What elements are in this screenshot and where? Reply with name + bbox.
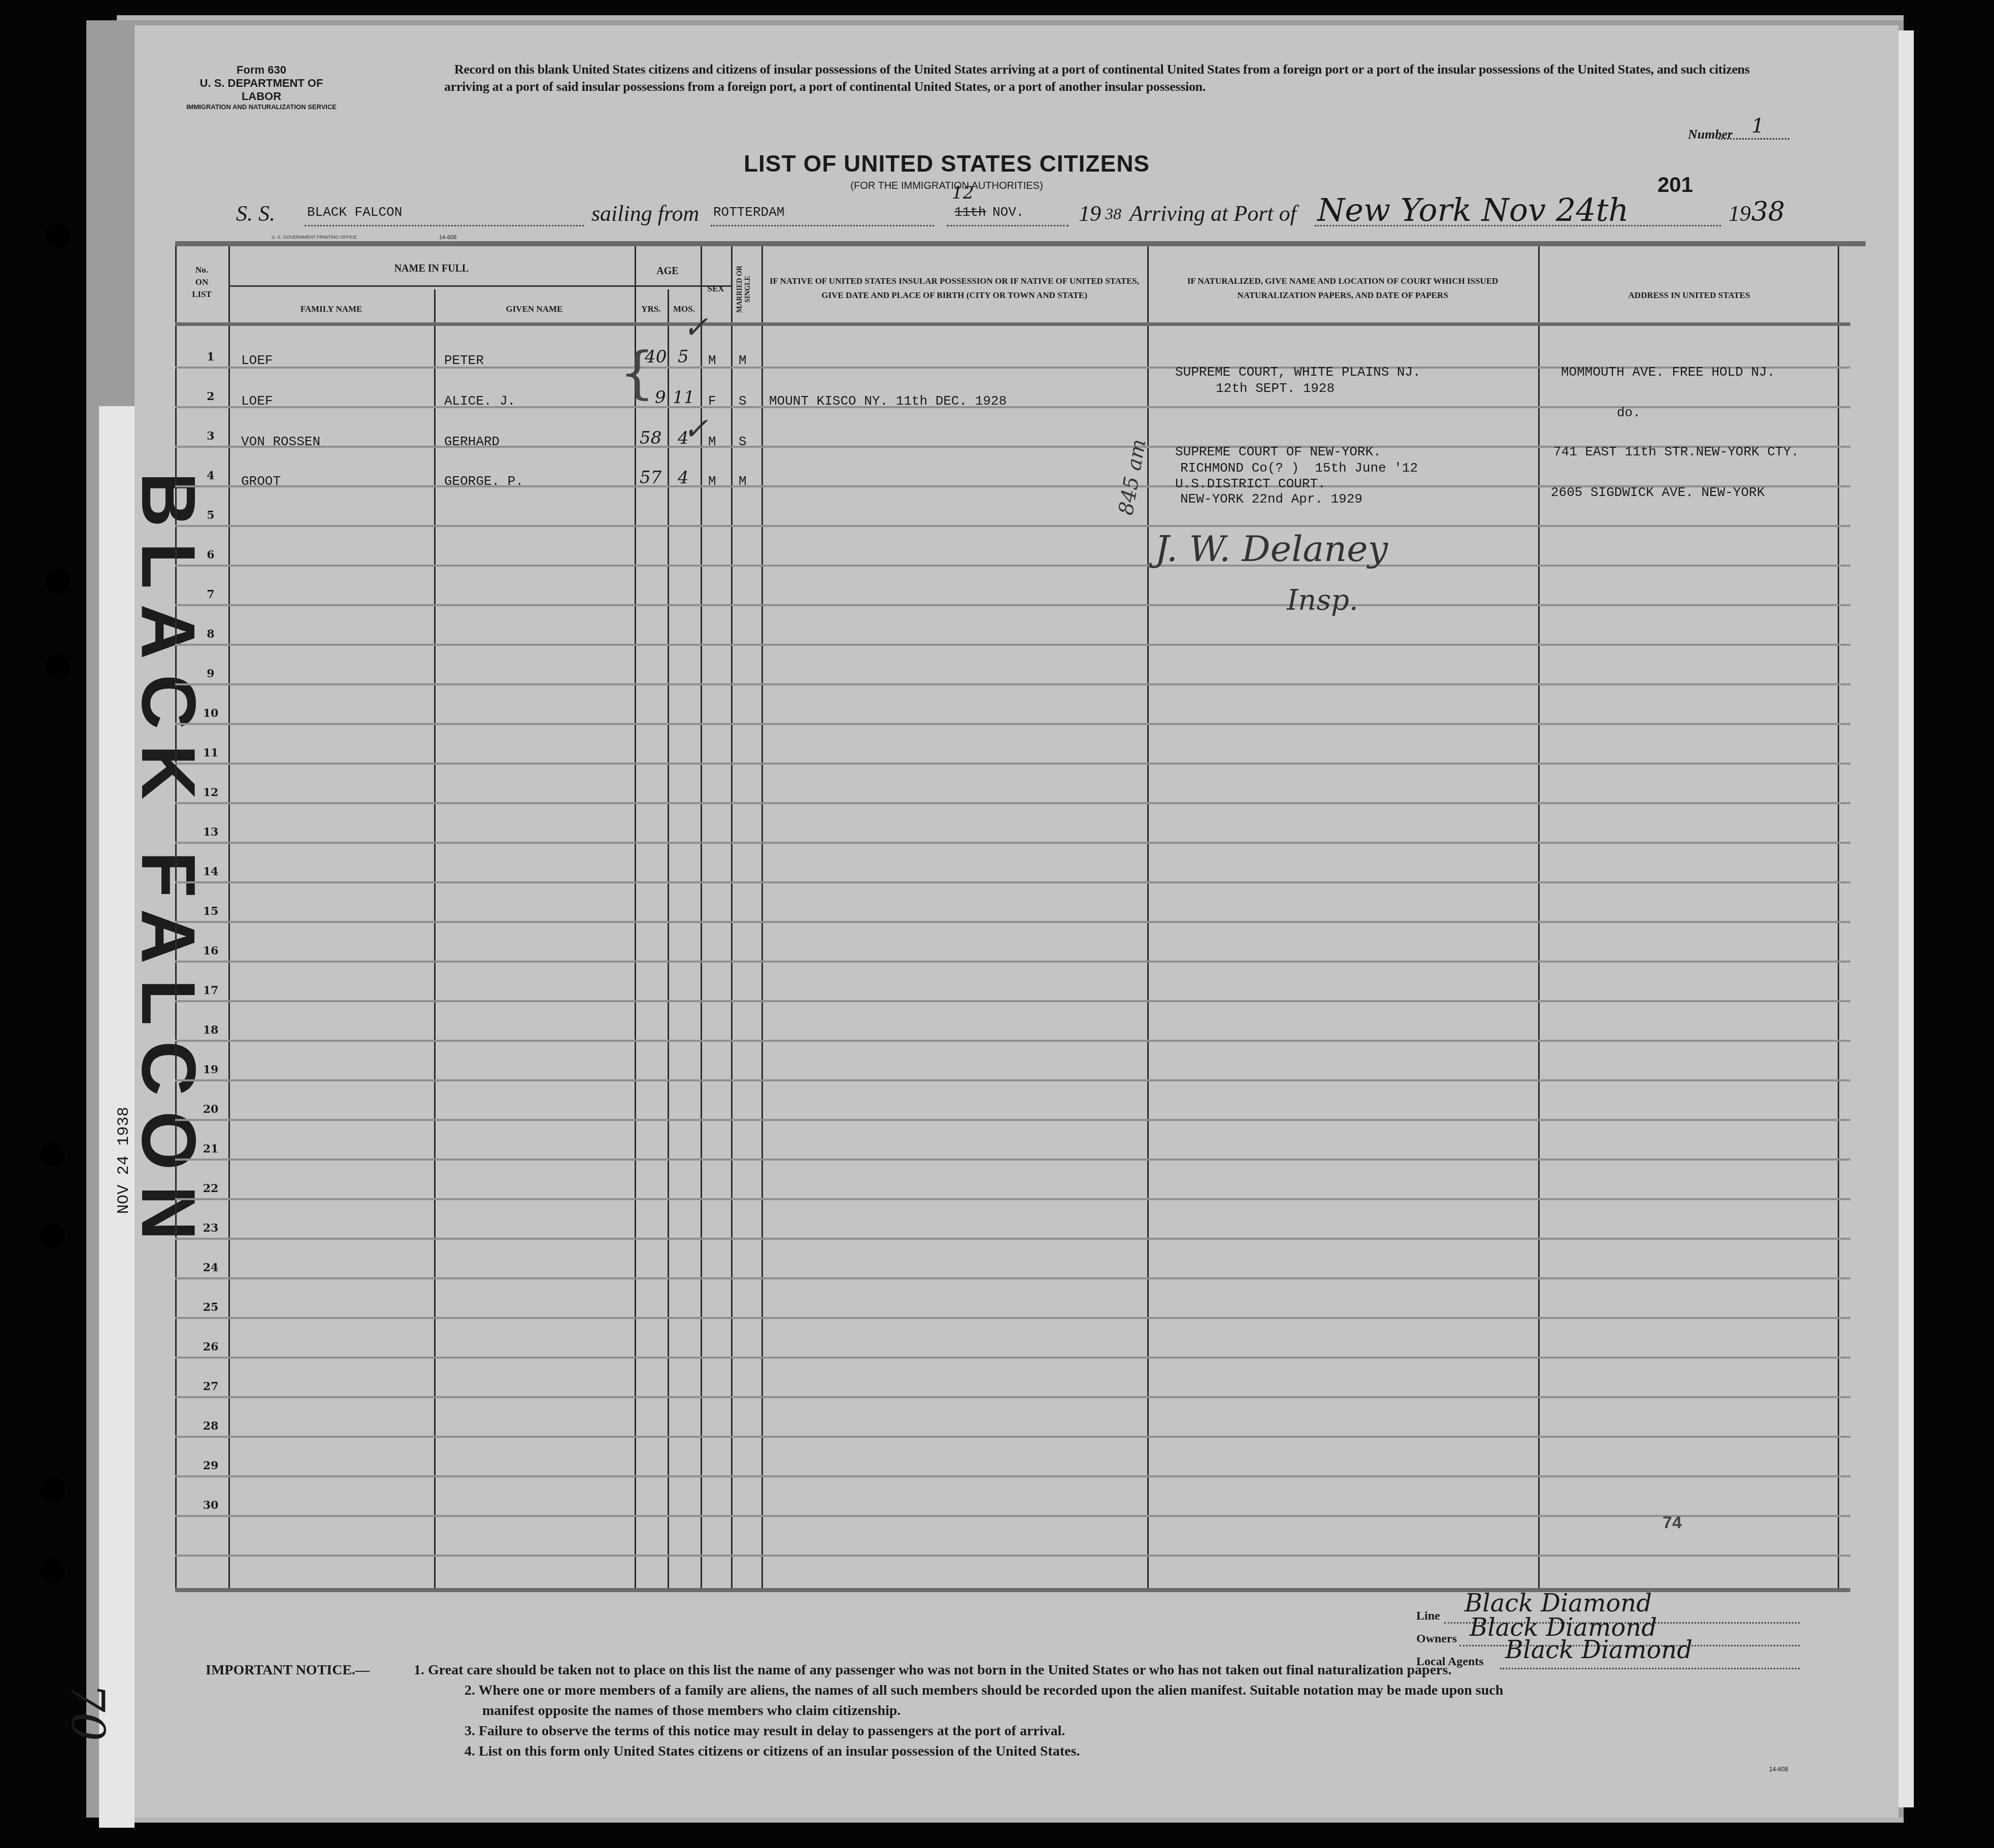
row-line bbox=[175, 961, 1850, 963]
row-number: 13 bbox=[193, 826, 228, 839]
form-identifier: Form 630 U. S. DEPARTMENT OF LABOR IMMIG… bbox=[185, 63, 338, 111]
naturalization-cell: 12th SEPT. 1928 bbox=[1216, 381, 1335, 396]
stamped-number: 201 bbox=[1657, 173, 1693, 197]
inspector-signature: J. W. Delaney bbox=[1155, 528, 1388, 570]
marital-cell: S bbox=[739, 434, 747, 449]
row-number: 29 bbox=[193, 1459, 228, 1472]
manifest-page: BLACK FALCON NOV 24 1938 70 Form 630 U. … bbox=[135, 25, 1899, 1818]
row-number: 12 bbox=[193, 786, 228, 799]
notice-item-3: 3. Failure to observe the terms of this … bbox=[464, 1721, 1065, 1741]
col-line bbox=[228, 246, 230, 1592]
row-line bbox=[175, 881, 1850, 883]
age-months-cell: 4 bbox=[678, 468, 689, 488]
col-line bbox=[175, 246, 177, 1592]
marital-cell: M bbox=[739, 474, 747, 489]
row-number: 10 bbox=[193, 707, 228, 720]
given-name-cell: ALICE. J. bbox=[444, 393, 515, 409]
number-field-line bbox=[1718, 138, 1789, 140]
row-line bbox=[175, 644, 1850, 646]
row-number: 17 bbox=[193, 984, 228, 997]
family-name-cell: VON ROSSEN bbox=[241, 434, 320, 449]
punch-hole bbox=[41, 1559, 65, 1583]
marital-cell: M bbox=[739, 353, 747, 368]
header-yrs: YRS. bbox=[635, 302, 668, 316]
punch-hole bbox=[46, 655, 70, 679]
age-years-cell: 9 bbox=[655, 387, 666, 408]
punch-hole bbox=[41, 1142, 65, 1167]
row-line bbox=[175, 1396, 1850, 1398]
row-number: 5 bbox=[193, 509, 228, 522]
line-label: Line bbox=[1416, 1609, 1440, 1623]
form-number: Form 630 bbox=[185, 63, 338, 77]
service-name: IMMIGRATION AND NATURALIZATION SERVICE bbox=[185, 103, 338, 111]
departure-port: ROTTERDAM bbox=[713, 205, 784, 220]
header-naturalized: IF NATURALIZED, GIVE NAME AND LOCATION O… bbox=[1150, 274, 1536, 303]
row-number: 20 bbox=[193, 1103, 228, 1116]
header-married-or-single: MARRIED OR SINGLE bbox=[736, 256, 756, 322]
row-number: 30 bbox=[193, 1499, 228, 1512]
row-line bbox=[175, 1238, 1850, 1240]
departure-date-struck: 11th bbox=[954, 205, 986, 220]
row-line bbox=[175, 1475, 1850, 1477]
row-number: 6 bbox=[193, 548, 228, 562]
page-title: LIST OF UNITED STATES CITIZENS bbox=[135, 150, 1759, 177]
row-line bbox=[175, 1159, 1850, 1161]
notice-label: IMPORTANT NOTICE.— bbox=[206, 1660, 370, 1680]
notice-item-4: 4. List on this form only United States … bbox=[464, 1741, 1080, 1762]
row-number: 1 bbox=[193, 350, 228, 364]
sailing-from-label: sailing from bbox=[591, 201, 699, 226]
local-agents-field bbox=[1500, 1668, 1800, 1669]
header-name-in-full: NAME IN FULL bbox=[228, 261, 635, 276]
punch-hole bbox=[46, 223, 70, 248]
year-suffix: 38 bbox=[1105, 205, 1121, 223]
birth-place-cell: MOUNT KISCO NY. 11th DEC. 1928 bbox=[769, 393, 1007, 409]
form-code: 14-608 bbox=[1769, 1766, 1788, 1773]
row-number: 27 bbox=[193, 1380, 228, 1393]
row-line bbox=[175, 802, 1850, 804]
family-bracket-icon: { bbox=[619, 340, 655, 405]
naturalization-cell: RICHMOND Co(? ) 15th June '12 bbox=[1180, 460, 1418, 476]
address-cell: MOMMOUTH AVE. FREE HOLD NJ. bbox=[1561, 365, 1775, 380]
department-name: U. S. DEPARTMENT OF LABOR bbox=[185, 77, 338, 103]
naturalization-cell: U.S.DISTRICT COURT. bbox=[1175, 476, 1325, 491]
header-top-rule bbox=[175, 241, 1866, 246]
row-line bbox=[175, 763, 1850, 765]
header-address: ADDRESS IN UNITED STATES bbox=[1541, 288, 1838, 303]
time-note: 845 am bbox=[1114, 437, 1150, 517]
row-line bbox=[175, 1277, 1850, 1279]
margin-date-stamp: NOV 24 1938 bbox=[114, 1107, 133, 1214]
naturalization-cell: NEW-YORK 22nd Apr. 1929 bbox=[1180, 491, 1362, 507]
row-line bbox=[175, 1000, 1850, 1002]
row-line bbox=[175, 604, 1850, 606]
check-mark-icon: ✓ bbox=[683, 310, 708, 345]
row-number: 25 bbox=[193, 1301, 228, 1314]
row-number: 16 bbox=[193, 944, 228, 958]
row-number: 3 bbox=[193, 430, 228, 443]
form-instructions: Record on this blank United States citiz… bbox=[444, 61, 1754, 95]
departure-port-line bbox=[711, 225, 934, 226]
row-line bbox=[175, 723, 1850, 725]
row-line bbox=[175, 921, 1850, 923]
row-number: 26 bbox=[193, 1340, 228, 1354]
page-stamp: 74 bbox=[1663, 1513, 1682, 1533]
row-number: 11 bbox=[193, 746, 228, 760]
row-line bbox=[175, 1436, 1850, 1438]
departure-month: NOV. bbox=[992, 205, 1024, 220]
row-number: 4 bbox=[193, 469, 228, 482]
punch-hole bbox=[41, 1224, 65, 1248]
family-name-cell: GROOT bbox=[241, 474, 281, 489]
row-number: 14 bbox=[193, 865, 228, 878]
row-number: 21 bbox=[193, 1142, 228, 1156]
given-name-cell: GEORGE. P. bbox=[444, 474, 523, 489]
header-age: AGE bbox=[635, 264, 701, 278]
row-line bbox=[175, 1040, 1850, 1042]
ship-name-line bbox=[305, 225, 584, 226]
header-sex: SEX bbox=[701, 282, 731, 296]
sex-cell: M bbox=[708, 353, 716, 368]
row-line bbox=[175, 1357, 1850, 1359]
col-line bbox=[635, 246, 636, 1592]
col-line bbox=[731, 246, 733, 1592]
row-number: 23 bbox=[193, 1222, 228, 1235]
family-name-cell: LOEF bbox=[241, 393, 273, 409]
header-family-name: FAMILY NAME bbox=[228, 302, 434, 316]
voyage-line: S. S. BLACK FALCON sailing from ROTTERDA… bbox=[236, 201, 1881, 236]
sex-cell: M bbox=[708, 474, 716, 489]
check-mark-icon: ✓ bbox=[683, 411, 708, 447]
row-line bbox=[175, 1079, 1850, 1081]
sex-cell: F bbox=[708, 393, 716, 409]
number-value: 1 bbox=[1751, 114, 1764, 138]
notice-item-1: 1. Great care should be taken not to pla… bbox=[414, 1660, 1451, 1680]
row-number: 15 bbox=[193, 905, 228, 918]
header-native: IF NATIVE OF UNITED STATES INSULAR POSSE… bbox=[767, 274, 1142, 303]
arrival-port-line bbox=[1315, 225, 1721, 226]
notice-item-2-continued: manifest opposite the names of those mem… bbox=[482, 1701, 901, 1721]
sex-cell: M bbox=[708, 434, 716, 449]
address-cell: 741 EAST 11th STR.NEW-YORK CTY. bbox=[1553, 444, 1799, 459]
arrival-port: New York Nov 24th bbox=[1317, 191, 1629, 228]
row-number: 28 bbox=[193, 1420, 228, 1433]
age-years-cell: 57 bbox=[640, 468, 661, 488]
arriving-label: Arriving at Port of bbox=[1129, 201, 1297, 226]
ss-label: S. S. bbox=[236, 201, 275, 226]
row-line bbox=[175, 565, 1850, 567]
printing-office-line: U. S. GOVERNMENT PRINTING OFFICE bbox=[272, 235, 357, 240]
col-line bbox=[761, 246, 763, 1592]
age-years-cell: 58 bbox=[640, 428, 661, 448]
page-edge bbox=[1899, 30, 1914, 1807]
given-name-cell: PETER bbox=[444, 353, 484, 368]
naturalization-cell: SUPREME COURT OF NEW-YORK. bbox=[1175, 444, 1381, 459]
arrival-year: 38 bbox=[1751, 196, 1785, 227]
notice-item-2: 2. Where one or more members of a family… bbox=[464, 1680, 1503, 1701]
departure-date-correction: 12 bbox=[952, 183, 974, 203]
row-line bbox=[175, 683, 1850, 685]
punch-hole bbox=[46, 569, 70, 593]
family-name-cell: LOEF bbox=[241, 353, 273, 368]
row-line bbox=[175, 525, 1850, 527]
ship-name: BLACK FALCON bbox=[307, 205, 402, 220]
row-line bbox=[175, 406, 1850, 408]
address-cell: do. bbox=[1617, 405, 1641, 420]
row-line bbox=[175, 1317, 1850, 1319]
row-number: 9 bbox=[193, 667, 228, 680]
given-name-cell: GERHARD bbox=[444, 434, 500, 449]
header-subdivider bbox=[228, 285, 731, 287]
header-given-name: GIVEN NAME bbox=[434, 302, 635, 316]
row-number: 24 bbox=[193, 1261, 228, 1274]
inspector-title: Insp. bbox=[1287, 584, 1358, 617]
margin-page-fragment: 70 bbox=[61, 1683, 114, 1741]
year-prefix: 19 bbox=[1079, 201, 1101, 226]
row-line bbox=[175, 1515, 1850, 1517]
address-cell: 2605 SIGDWICK AVE. NEW-YORK bbox=[1551, 485, 1765, 500]
col-line bbox=[1838, 246, 1839, 1592]
header-bottom-rule bbox=[175, 322, 1850, 326]
row-number: 7 bbox=[193, 588, 228, 601]
arrival-year-prefix: 19 bbox=[1729, 201, 1751, 226]
local-agents-value: Black Diamond bbox=[1505, 1636, 1692, 1664]
row-number: 2 bbox=[193, 390, 228, 403]
row-line bbox=[175, 1119, 1850, 1121]
owners-label: Owners bbox=[1416, 1632, 1457, 1646]
row-line bbox=[175, 1198, 1850, 1200]
col-line bbox=[701, 246, 702, 1592]
age-months-cell: 11 bbox=[673, 387, 694, 408]
number-label: Number bbox=[1688, 127, 1733, 142]
marital-cell: S bbox=[739, 393, 747, 409]
printing-code: 14-608 bbox=[439, 235, 456, 241]
col-line bbox=[1538, 246, 1540, 1592]
departure-date-line bbox=[947, 225, 1069, 226]
punch-hole bbox=[41, 1477, 65, 1502]
page-subtitle: (FOR THE IMMIGRATION AUTHORITIES) bbox=[135, 180, 1759, 192]
row-line bbox=[175, 842, 1850, 844]
row-number: 22 bbox=[193, 1182, 228, 1195]
row-number: 8 bbox=[193, 628, 228, 641]
age-months-cell: 5 bbox=[678, 347, 689, 367]
row-number: 18 bbox=[193, 1024, 228, 1037]
row-line bbox=[175, 1555, 1850, 1557]
naturalization-cell: SUPREME COURT, WHITE PLAINS NJ. bbox=[1175, 365, 1421, 380]
row-number: 19 bbox=[193, 1063, 228, 1076]
header-no-on-list: No. ON LIST bbox=[175, 264, 228, 301]
